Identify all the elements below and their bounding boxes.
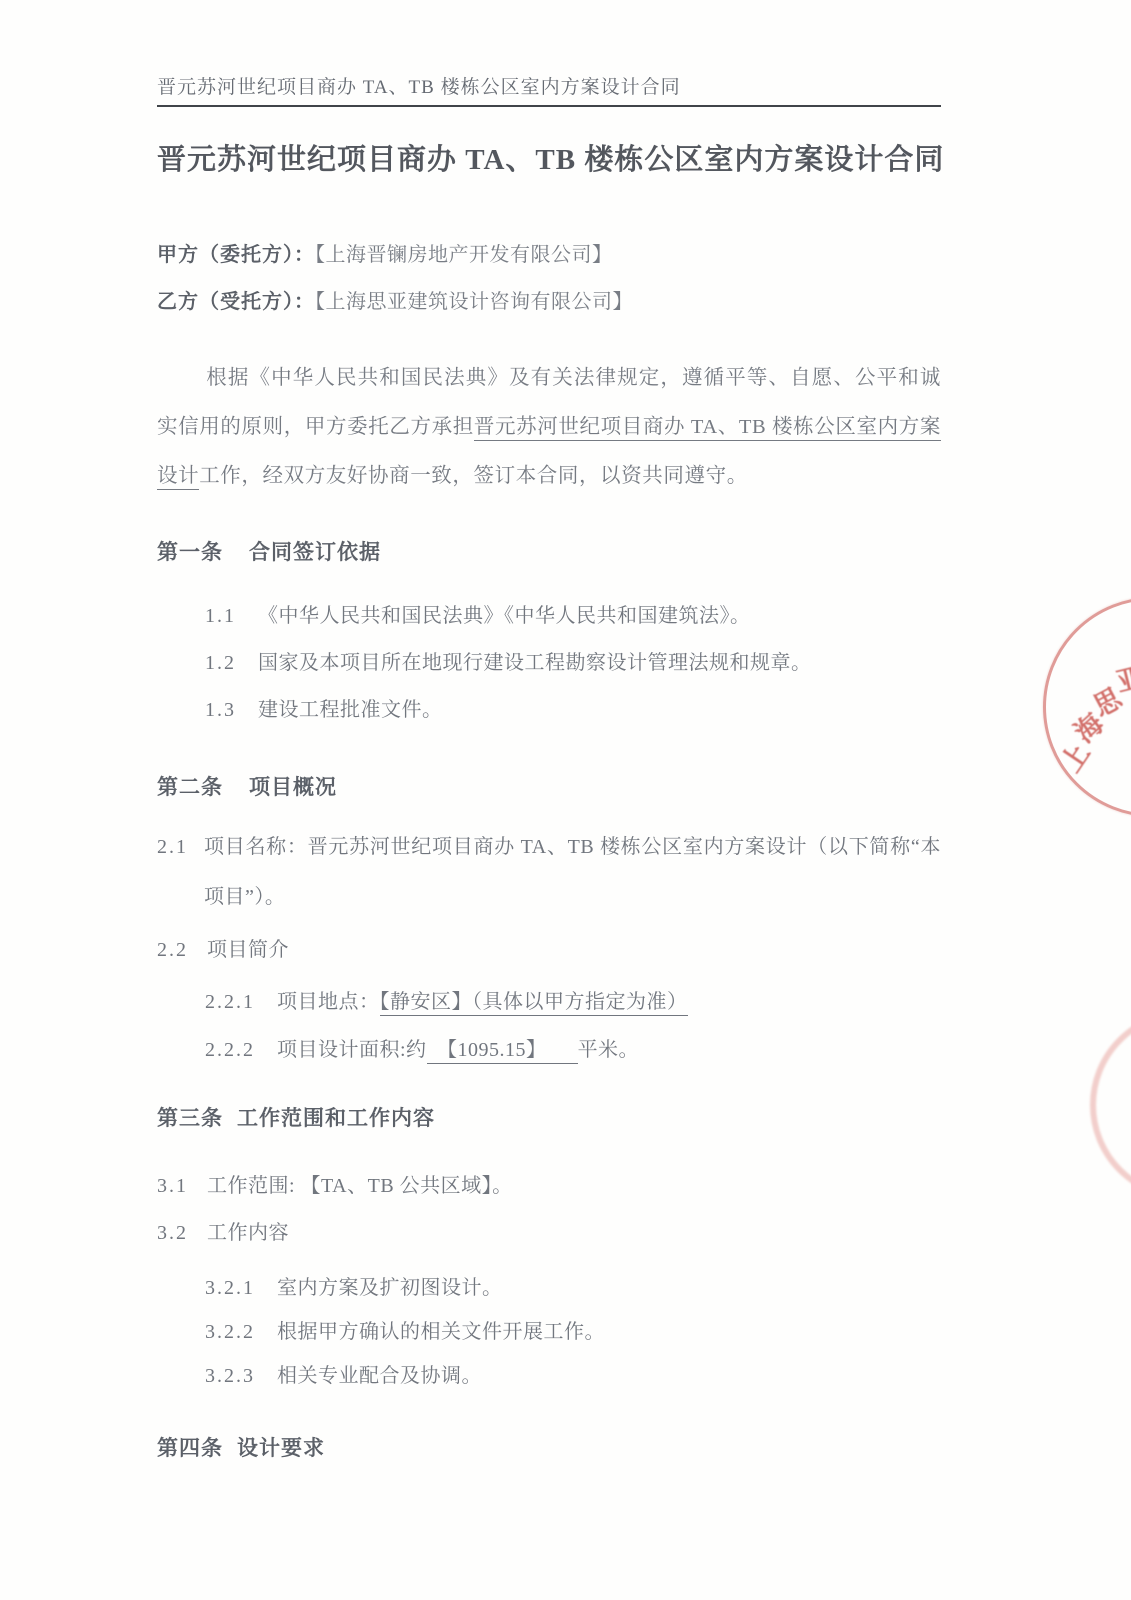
clause-row: 1.2国家及本项目所在地现行建设工程勘察设计管理法规和规章。 [205,640,941,687]
seal-char: 上 [1050,734,1097,778]
clause-number: 1.1 [205,593,236,640]
clause-number: 1.3 [205,687,236,734]
contract-page: 晋元苏河世纪项目商办 TA、TB 楼栋公区室内方案设计合同 晋元苏河世纪项目商办… [0,0,1131,1600]
clause-number: 3.2 [157,1210,188,1257]
clause-number: 1.2 [205,640,236,687]
subclause-row: 2.2.2 项目设计面积:约 【1095.15】 平米。 [205,1026,941,1074]
article-3-title: 工作范围和工作内容 [237,1106,435,1130]
subclause-number: 3.2.3 [205,1354,255,1398]
subclause-underlined-value: 【静安区】（具体以甲方指定为准） [380,991,688,1016]
document-title: 晋元苏河世纪项目商办 TA、TB 楼栋公区室内方案设计合同 [157,140,941,180]
article-4-heading: 第四条设计要求 [157,1433,941,1463]
article-2-number: 第二条 [157,775,223,799]
subclause-text: 项目地点：【静安区】（具体以甲方指定为准） [277,978,688,1026]
article-1-number: 第一条 [157,540,223,564]
party-a-line: 甲方（委托方）：【上海晋镧房地产开发有限公司】 [157,232,941,279]
clause-text: 工作范围: 【TA、TB 公共区域】。 [207,1163,513,1210]
clause-number: 2.1 [157,822,188,872]
page-header: 晋元苏河世纪项目商办 TA、TB 楼栋公区室内方案设计合同 [157,76,941,107]
subclause-text: 项目设计面积:约 【1095.15】 平米。 [277,1026,639,1074]
subclause-number: 2.2.1 [205,978,255,1026]
article-4-number: 第四条 [157,1436,223,1460]
party-b-label: 乙方（受托方）： [157,291,315,313]
seal-char: 海 [1064,703,1110,750]
article-3-number: 第三条 [157,1106,223,1130]
subclause-text: 根据甲方确认的相关文件开展工作。 [277,1310,605,1354]
clause-row: 2.1项目名称：晋元苏河世纪项目商办 TA、TB 楼栋公区室内方案设计（以下简称… [157,822,941,922]
subclause-number: 2.2.2 [205,1026,255,1074]
article-2-title: 项目概况 [249,775,337,799]
subclause-row: 3.2.3相关专业配合及协调。 [205,1354,941,1398]
subclause-row: 2.2.1 项目地点：【静安区】（具体以甲方指定为准） [205,978,941,1026]
seal-arc-faint [1090,1010,1131,1200]
clause-text: 《中华人民共和国民法典》《中华人民共和国建筑法》。 [258,593,751,640]
clause-row: 3.2工作内容 [157,1210,941,1257]
clause-text: 建设工程批准文件。 [258,687,443,734]
article-3-heading: 第三条工作范围和工作内容 [157,1103,941,1133]
page-content: 晋元苏河世纪项目商办 TA、TB 楼栋公区室内方案设计合同 晋元苏河世纪项目商办… [157,76,941,1463]
parties-block: 甲方（委托方）：【上海晋镧房地产开发有限公司】 乙方（受托方）：【上海思亚建筑设… [157,232,941,326]
party-b-line: 乙方（受托方）：【上海思亚建筑设计咨询有限公司】 [157,279,941,326]
clause-number: 3.1 [157,1163,188,1210]
clause-number: 2.2 [157,927,188,974]
clause-text: 项目简介 [207,927,289,974]
subclause-text-before: 项目设计面积:约 [277,1039,427,1061]
clause-text: 国家及本项目所在地现行建设工程勘察设计管理法规和规章。 [258,640,812,687]
subclause-text-after: 平米。 [578,1039,640,1061]
subclause-text: 相关专业配合及协调。 [277,1354,482,1398]
party-a-label: 甲方（委托方）： [157,244,315,266]
seal-char: 思 [1085,677,1127,724]
clause-row: 2.2项目简介 [157,927,941,974]
company-seal-stamp: 上 海 思 亚 [1043,597,1131,817]
clause-row: 1.3建设工程批准文件。 [205,687,941,734]
clause-row: 1.1《中华人民共和国民法典》《中华人民共和国建筑法》。 [205,593,941,640]
subclause-row: 3.2.2根据甲方确认的相关文件开展工作。 [205,1310,941,1354]
article-1-clauses: 1.1《中华人民共和国民法典》《中华人民共和国建筑法》。 1.2国家及本项目所在… [157,593,941,734]
article-3-clauses: 3.1工作范围: 【TA、TB 公共区域】。 3.2工作内容 [157,1163,941,1257]
seal-ring [1043,597,1131,817]
subclause-number: 3.2.1 [205,1266,255,1310]
seal-ring [1090,1010,1131,1200]
article-4-title: 设计要求 [237,1436,325,1460]
preamble-text-after: 工作，经双方友好协商一致，签订本合同，以资共同遵守。 [199,465,748,487]
article-1-title: 合同签订依据 [249,540,381,564]
subclause-text-before: 项目地点： [277,991,380,1013]
article-2-heading: 第二条项目概况 [157,772,941,802]
subclause-text: 室内方案及扩初图设计。 [277,1266,503,1310]
party-b-value: 【上海思亚建筑设计咨询有限公司】 [315,291,633,313]
clause-row: 3.1工作范围: 【TA、TB 公共区域】。 [157,1163,941,1210]
article-1-heading: 第一条合同签订依据 [157,537,941,567]
subclause-row: 3.2.1室内方案及扩初图设计。 [205,1266,941,1310]
seal-char: 亚 [1112,655,1131,699]
article-3-subclauses: 3.2.1室内方案及扩初图设计。 3.2.2根据甲方确认的相关文件开展工作。 3… [157,1266,941,1398]
preamble-paragraph: 根据《中华人民共和国民法典》及有关法律规定，遵循平等、自愿、公平和诚实信用的原则… [157,354,941,501]
clause-text: 工作内容 [207,1210,289,1257]
article-2-subclauses: 2.2.1 项目地点：【静安区】（具体以甲方指定为准） 2.2.2 项目设计面积… [157,978,941,1074]
subclause-underlined-value: 【1095.15】 [427,1039,578,1064]
party-a-value: 【上海晋镧房地产开发有限公司】 [315,244,613,266]
subclause-number: 3.2.2 [205,1310,255,1354]
clause-text: 项目名称：晋元苏河世纪项目商办 TA、TB 楼栋公区室内方案设计（以下简称“本项… [204,836,941,908]
